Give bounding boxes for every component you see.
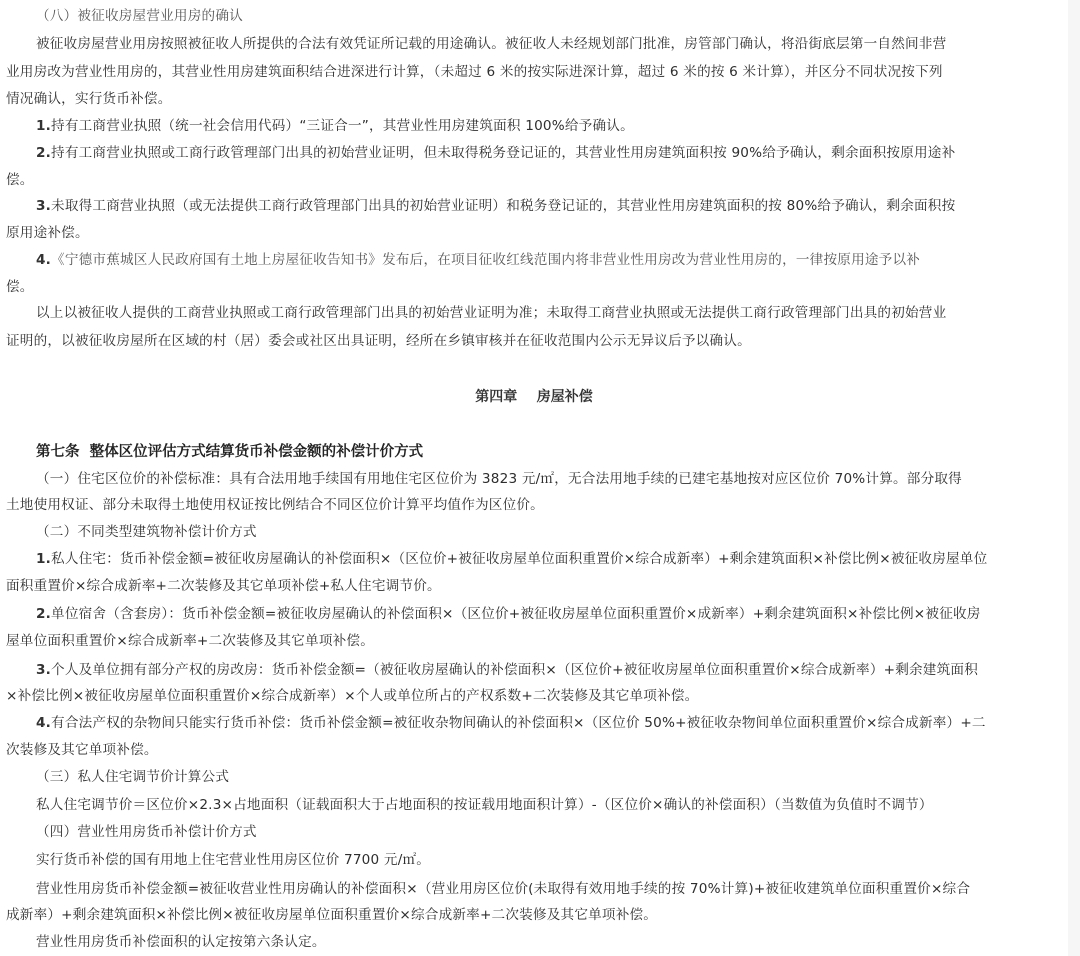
section-8-item-2: 2.持有工商营业执照或工商行政管理部门出具的初始营业证明，但未取得税务登记证的，… bbox=[36, 143, 955, 163]
article-7-part-1-line: 土地使用权证、部分未取得土地使用权证按比例结合不同区位价计算平均值作为区位价。 bbox=[6, 495, 544, 515]
document-page: （八）被征收房屋营业用房的确认 被征收房屋营业用房按照被征收人所提供的合法有效凭… bbox=[0, 0, 1068, 956]
item-number: 2. bbox=[36, 145, 51, 161]
section-8-item-2-cont: 偿。 bbox=[6, 170, 34, 190]
item-text: 私人住宅：货币补偿金额=被征收房屋确认的补偿面积×（区位价+被征收房屋单位面积重… bbox=[51, 551, 987, 567]
item-number: 4. bbox=[36, 252, 51, 268]
article-7-part-1-line: （一）住宅区位价的补偿标准：具有合法用地手续国有用地住宅区位价为 3823 元/… bbox=[36, 469, 962, 489]
part-3-formula: 私人住宅调节价＝区位价×2.3×占地面积（证载面积大于占地面积的按证载用地面积计… bbox=[36, 795, 933, 815]
section-8-item-4-cont: 偿。 bbox=[6, 277, 34, 297]
article-7-part-4-heading: （四）营业性用房货币补偿计价方式 bbox=[36, 822, 257, 842]
chapter-title: 第四章 房屋补偿 bbox=[0, 386, 1068, 406]
part-4-formula-line: 成新率）+剩余建筑面积×补偿比例×被征收房屋单位面积重置价×综合成新率+二次装修… bbox=[6, 905, 657, 925]
section-8-closing-line: 以上以被征收人提供的工商营业执照或工商行政管理部门出具的初始营业证明为准；未取得… bbox=[36, 303, 946, 323]
item-number: 4. bbox=[36, 715, 51, 731]
item-number: 1. bbox=[36, 551, 51, 567]
section-8-item-4: 4.《宁德市蕉城区人民政府国有土地上房屋征收告知书》发布后，在项目征收红线范围内… bbox=[36, 250, 920, 270]
section-8-item-1: 1.持有工商营业执照（统一社会信用代码）“三证合一”，其营业性用房建筑面积 10… bbox=[36, 116, 634, 136]
section-8-item-3: 3.未取得工商营业执照（或无法提供工商行政管理部门出具的初始营业证明）和税务登记… bbox=[36, 196, 955, 216]
section-8-intro-line: 情况确认，实行货币补偿。 bbox=[6, 89, 172, 109]
section-8-intro-line: 被征收房屋营业用房按照被征收人所提供的合法有效凭证所记载的用途确认。被征收人未经… bbox=[36, 34, 946, 54]
item-text: 未取得工商营业执照（或无法提供工商行政管理部门出具的初始营业证明）和税务登记证的… bbox=[51, 198, 955, 214]
item-text: 个人及单位拥有部分产权的房改房：货币补偿金额=（被征收房屋确认的补偿面积×（区位… bbox=[51, 662, 978, 678]
item-text: 持有工商营业执照（统一社会信用代码）“三证合一”，其营业性用房建筑面积 100%… bbox=[51, 118, 634, 134]
part-2-item-2: 2.单位宿舍（含套房）：货币补偿金额=被征收房屋确认的补偿面积×（区位价+被征收… bbox=[36, 604, 981, 624]
article-7-part-3-heading: （三）私人住宅调节价计算公式 bbox=[36, 767, 229, 787]
part-2-item-3: 3.个人及单位拥有部分产权的房改房：货币补偿金额=（被征收房屋确认的补偿面积×（… bbox=[36, 660, 978, 680]
section-8-closing-line: 证明的，以被征收房屋所在区域的村（居）委会或社区出具证明，经所在乡镇审核并在征收… bbox=[6, 331, 751, 351]
part-2-item-2-cont: 屋单位面积重置价×综合成新率+二次装修及其它单项补偿。 bbox=[6, 631, 374, 651]
part-2-item-1: 1.私人住宅：货币补偿金额=被征收房屋确认的补偿面积×（区位价+被征收房屋单位面… bbox=[36, 549, 987, 569]
section-8-heading: （八）被征收房屋营业用房的确认 bbox=[36, 6, 243, 26]
section-8-item-3-cont: 原用途补偿。 bbox=[6, 223, 89, 243]
article-7-title: 第七条 整体区位评估方式结算货币补偿金额的补偿计价方式 bbox=[36, 440, 423, 461]
part-2-item-1-cont: 面积重置价×综合成新率+二次装修及其它单项补偿+私人住宅调节价。 bbox=[6, 576, 441, 596]
item-number: 3. bbox=[36, 662, 51, 678]
item-text: 有合法产权的杂物间只能实行货币补偿：货币补偿金额=被征收杂物间确认的补偿面积×（… bbox=[51, 715, 986, 731]
item-text: 持有工商营业执照或工商行政管理部门出具的初始营业证明，但未取得税务登记证的，其营… bbox=[51, 145, 955, 161]
item-text: 《宁德市蕉城区人民政府国有土地上房屋征收告知书》发布后，在项目征收红线范围内将非… bbox=[51, 252, 920, 268]
part-2-item-3-cont: ×补偿比例×被征收房屋单位面积重置价×综合成新率）×个人或单位所占的产权系数+二… bbox=[6, 686, 698, 706]
item-number: 2. bbox=[36, 606, 51, 622]
item-number: 3. bbox=[36, 198, 51, 214]
part-4-area-note: 营业性用房货币补偿面积的认定按第六条认定。 bbox=[36, 932, 326, 952]
page-margin-strip bbox=[1068, 0, 1080, 956]
part-4-price-line: 实行货币补偿的国有用地上住宅营业性用房区位价 7700 元/㎡。 bbox=[36, 850, 430, 870]
item-number: 1. bbox=[36, 118, 51, 134]
item-text: 单位宿舍（含套房）：货币补偿金额=被征收房屋确认的补偿面积×（区位价+被征收房屋… bbox=[51, 606, 981, 622]
article-7-part-2-heading: （二）不同类型建筑物补偿计价方式 bbox=[36, 522, 257, 542]
part-4-formula-line: 营业性用房货币补偿金额=被征收营业性用房确认的补偿面积×（营业用房区位价(未取得… bbox=[36, 879, 970, 899]
part-2-item-4: 4.有合法产权的杂物间只能实行货币补偿：货币补偿金额=被征收杂物间确认的补偿面积… bbox=[36, 713, 986, 733]
part-2-item-4-cont: 次装修及其它单项补偿。 bbox=[6, 740, 158, 760]
section-8-intro-line: 业用房改为营业性用房的，其营业性用房建筑面积结合进深进行计算，（未超过 6 米的… bbox=[6, 62, 943, 82]
